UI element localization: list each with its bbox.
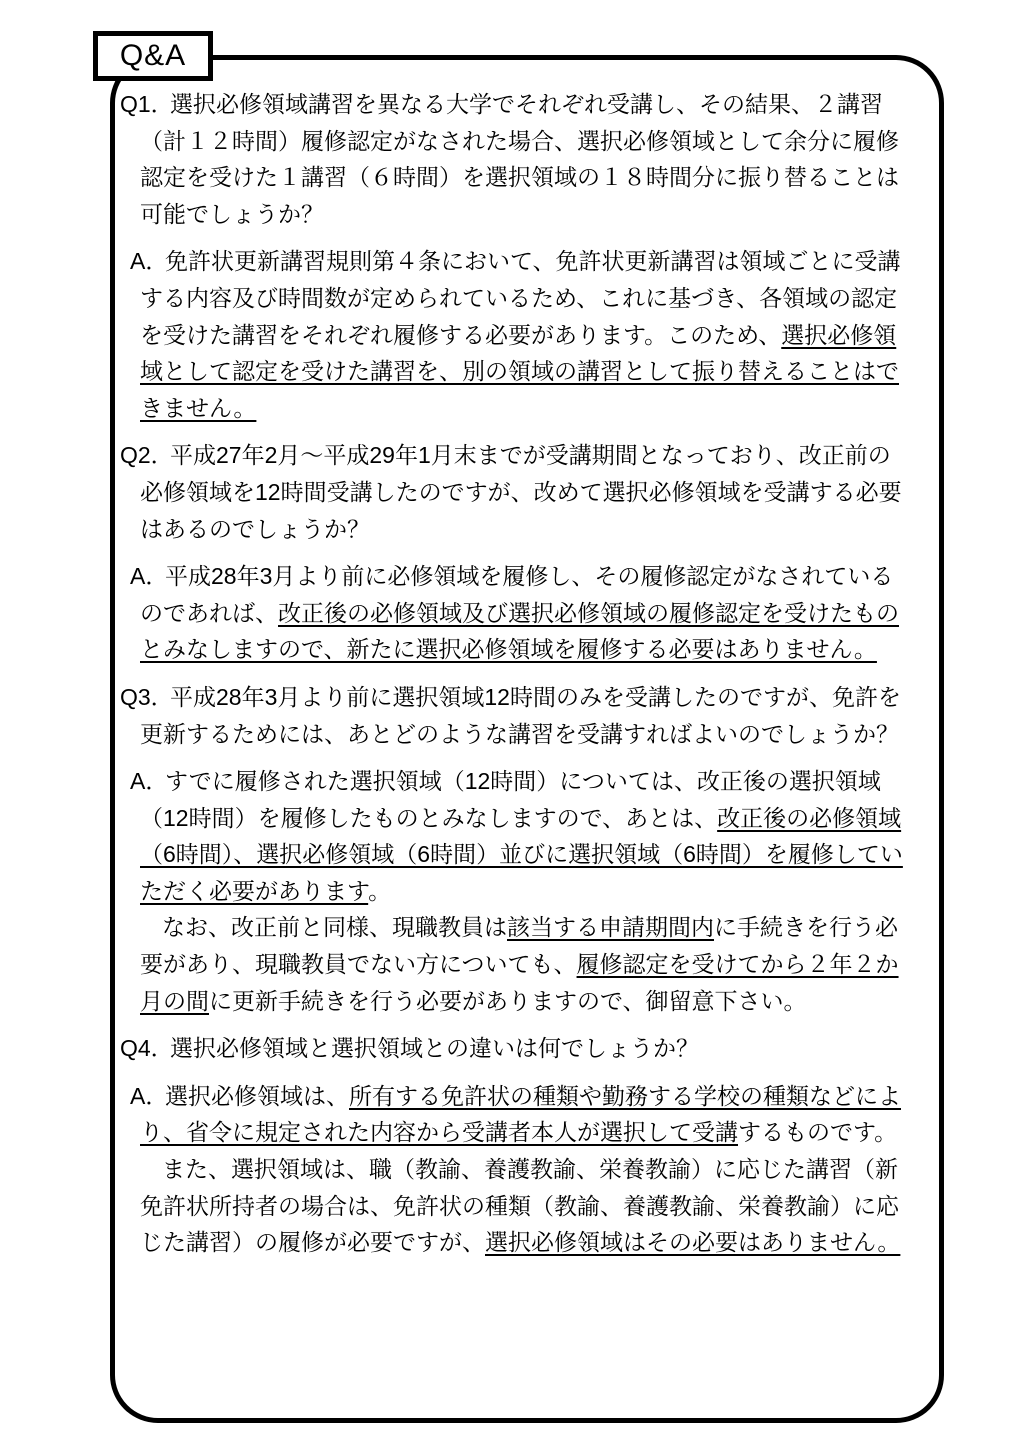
question-2: Q2． 平成27年2月～平成29年1月末までが受講期間となっており、改正前の必修… [115, 437, 907, 547]
answer-4: A． 選択必修領域は、所有する免許状の種類や勤務する学校の種類などにより、省令に… [115, 1078, 907, 1261]
question-1-text: 選択必修領域講習を異なる大学でそれぞれ受講し、その結果、２講習（計１２時間）履修… [140, 86, 907, 232]
question-2-label: Q2． [120, 437, 174, 474]
answer-2: A． 平成28年3月より前に必修領域を履修し、その履修認定がなされているのであれ… [115, 558, 907, 668]
answer-2-text: 平成28年3月より前に必修領域を履修し、その履修認定がなされているのであれば、改… [140, 558, 907, 668]
qa-item-3: Q3． 平成28年3月より前に選択領域12時間のみを受講したのですが、免許を更新… [115, 679, 907, 1019]
qa-badge-label: Q&A [120, 39, 186, 73]
question-4: Q4． 選択必修領域と選択領域との違いは何でしょうか？ [115, 1030, 907, 1067]
qa-badge: Q&A [93, 31, 213, 81]
question-2-text: 平成27年2月～平成29年1月末までが受講期間となっており、改正前の必修領域を1… [140, 437, 907, 547]
answer-3-text-p2: なお、改正前と同様、現職教員は該当する申請期間内に手続きを行う必要があり、現職教… [140, 909, 907, 1019]
answer-4-text-p2: また、選択領域は、職（教諭、養護教諭、栄養教諭）に応じた講習（新免許状所持者の場… [140, 1151, 907, 1261]
question-1-label: Q1． [120, 86, 174, 123]
qa-item-4: Q4． 選択必修領域と選択領域との違いは何でしょうか？ A． 選択必修領域は、所… [115, 1030, 907, 1261]
answer-2-label: A． [130, 558, 168, 595]
qa-item-1: Q1． 選択必修領域講習を異なる大学でそれぞれ受講し、その結果、２講習（計１２時… [115, 86, 907, 426]
question-3-text: 平成28年3月より前に選択領域12時間のみを受講したのですが、免許を更新するため… [140, 679, 907, 752]
answer-3-label: A． [130, 763, 168, 800]
answer-4-label: A． [130, 1078, 168, 1115]
answer-3: A． すでに履修された選択領域（12時間）については、改正後の選択領域（12時間… [115, 763, 907, 1019]
question-1: Q1． 選択必修領域講習を異なる大学でそれぞれ受講し、その結果、２講習（計１２時… [115, 86, 907, 232]
document-page: Q&A Q1． 選択必修領域講習を異なる大学でそれぞれ受講し、その結果、２講習（… [0, 0, 1024, 1448]
question-3: Q3． 平成28年3月より前に選択領域12時間のみを受講したのですが、免許を更新… [115, 679, 907, 752]
qa-item-2: Q2． 平成27年2月～平成29年1月末までが受講期間となっており、改正前の必修… [115, 437, 907, 668]
answer-1-label: A． [130, 243, 168, 280]
qa-box: Q1． 選択必修領域講習を異なる大学でそれぞれ受講し、その結果、２講習（計１２時… [110, 55, 944, 1423]
answer-4-text-p1: 選択必修領域は、所有する免許状の種類や勤務する学校の種類などにより、省令に規定さ… [140, 1078, 907, 1151]
question-4-label: Q4． [120, 1030, 174, 1067]
question-4-text: 選択必修領域と選択領域との違いは何でしょうか？ [140, 1030, 907, 1067]
question-3-label: Q3． [120, 679, 174, 716]
answer-1-text: 免許状更新講習規則第４条において、免許状更新講習は領域ごとに受講する内容及び時間… [140, 243, 907, 426]
answer-3-text-p1: すでに履修された選択領域（12時間）については、改正後の選択領域（12時間）を履… [140, 763, 907, 909]
answer-1: A． 免許状更新講習規則第４条において、免許状更新講習は領域ごとに受講する内容及… [115, 243, 907, 426]
